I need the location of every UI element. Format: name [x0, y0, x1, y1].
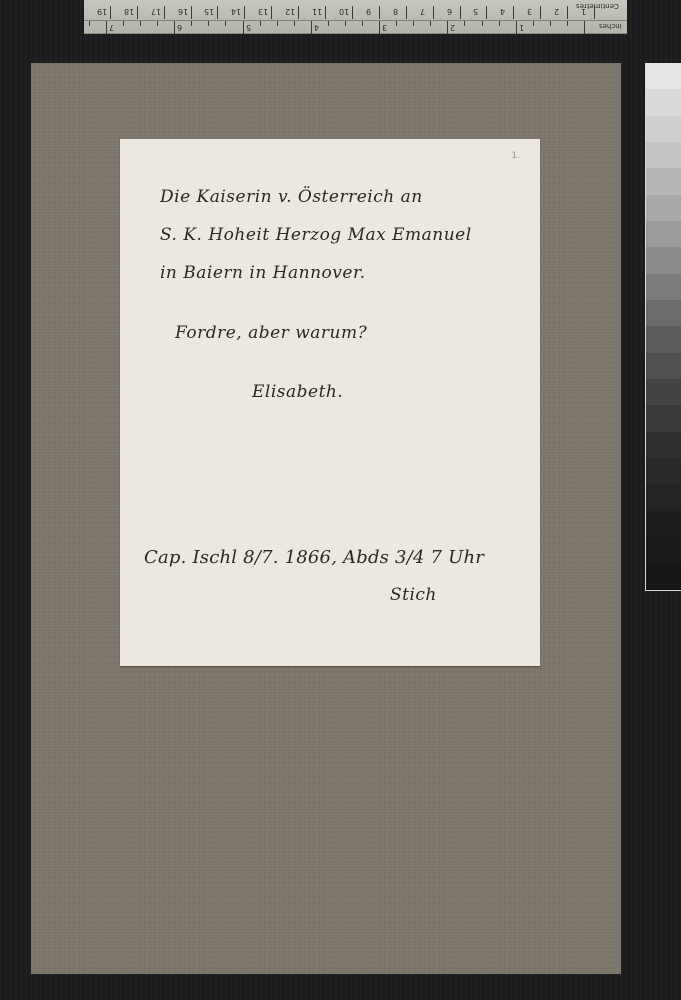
handwritten-letter: 1. Die Kaiserin v. Österreich an S. K. H… — [120, 139, 540, 666]
ruler-cm-label: 3 — [527, 7, 532, 15]
grey-scale-patch — [646, 195, 681, 221]
ruler-tick — [447, 21, 448, 34]
ruler-cm-label: 9 — [366, 7, 371, 15]
ruler-tick — [137, 6, 138, 19]
grey-scale-patch — [646, 458, 681, 484]
ruler-inch-label: 3 — [382, 23, 387, 31]
ruler-inch-label: 6 — [177, 23, 182, 31]
ruler-cm-label: 4 — [500, 7, 505, 15]
ruler-tick — [164, 6, 165, 19]
ruler-tick — [174, 21, 175, 34]
ruler-centimetre-scale: 12345678910111213141516171819 — [84, 0, 627, 19]
ruler-tick — [243, 21, 244, 34]
ruler-tick — [379, 6, 380, 19]
ruler-tick — [110, 6, 111, 19]
grey-scale-patch — [646, 300, 681, 326]
ruler-tick — [430, 21, 431, 26]
ruler-cm-label: 15 — [204, 7, 214, 15]
ruler-inch-label: 5 — [246, 23, 251, 31]
grey-scale-patch — [646, 116, 681, 142]
grey-scale-patch — [646, 485, 681, 511]
ruler-tick — [325, 6, 326, 19]
ruler-tick — [594, 6, 595, 19]
ruler-cm-label: 1 — [581, 7, 586, 15]
ruler-tick — [482, 21, 483, 26]
ruler-inch-label: 7 — [109, 23, 114, 31]
ruler-tick — [567, 21, 568, 26]
ruler-tick — [260, 21, 261, 26]
grey-scale-patch — [646, 274, 681, 300]
grey-scale-patch — [646, 537, 681, 563]
grey-scale-patch — [646, 511, 681, 537]
letter-line-1: Die Kaiserin v. Österreich an — [160, 187, 423, 207]
ruler-tick — [396, 21, 397, 26]
ruler-tick — [123, 21, 124, 26]
measurement-ruler: Centimetres Inches 123456789101112131415… — [84, 0, 627, 34]
grey-scale-patch — [646, 142, 681, 168]
ruler-tick — [244, 6, 245, 19]
ruler-tick — [191, 21, 192, 26]
ruler-tick — [298, 6, 299, 19]
ruler-tick — [499, 21, 500, 26]
ruler-tick — [460, 6, 461, 19]
ruler-tick — [157, 21, 158, 26]
ruler-tick — [277, 21, 278, 26]
ruler-tick — [362, 21, 363, 26]
grey-scale-patch — [646, 405, 681, 431]
ruler-cm-label: 2 — [554, 7, 559, 15]
ruler-tick — [584, 21, 585, 34]
ruler-tick — [225, 21, 226, 26]
ruler-cm-label: 16 — [178, 7, 188, 15]
grey-scale-patch — [646, 432, 681, 458]
ruler-cm-label: 6 — [447, 7, 452, 15]
annotation-signature: Stich — [390, 585, 437, 605]
letter-line-4: Fordre, aber warum? — [175, 323, 367, 343]
ruler-inch-label: 2 — [450, 23, 455, 31]
ruler-tick — [140, 21, 141, 26]
ruler-tick — [464, 21, 465, 26]
ruler-tick — [328, 21, 329, 26]
folio-number: 1. — [511, 151, 520, 161]
ruler-tick — [294, 21, 295, 26]
ruler-tick — [191, 6, 192, 19]
grey-scale-patch — [646, 564, 681, 590]
ruler-cm-label: 13 — [258, 7, 268, 15]
ruler-tick — [516, 21, 517, 34]
letter-line-2: S. K. Hoheit Herzog Max Emanuel — [160, 225, 472, 245]
ruler-cm-label: 10 — [339, 7, 349, 15]
ruler-tick — [406, 6, 407, 19]
ruler-tick — [567, 6, 568, 19]
grey-scale-card — [645, 63, 681, 591]
ruler-cm-label: 7 — [420, 7, 425, 15]
ruler-inch-label: 4 — [314, 23, 319, 31]
ruler-tick — [513, 6, 514, 19]
ruler-tick — [540, 6, 541, 19]
grey-scale-patch — [646, 326, 681, 352]
ruler-tick — [352, 6, 353, 19]
grey-scale-patch — [646, 247, 681, 273]
ruler-tick — [271, 6, 272, 19]
grey-scale-patch — [646, 63, 681, 89]
ruler-tick — [550, 21, 551, 26]
grey-scale-patch — [646, 353, 681, 379]
letter-line-3: in Baiern in Hannover. — [160, 263, 366, 283]
grey-scale-patch — [646, 89, 681, 115]
ruler-tick — [379, 21, 380, 34]
ruler-cm-label: 14 — [231, 7, 241, 15]
ruler-cm-label: 8 — [393, 7, 398, 15]
letter-annotation: Cap. Ischl 8/7. 1866, Abds 3/4 7 Uhr — [144, 547, 484, 568]
grey-scale-patch — [646, 379, 681, 405]
ruler-tick — [106, 21, 107, 34]
grey-scale-patch — [646, 221, 681, 247]
grey-scale-patch — [646, 168, 681, 194]
ruler-cm-label: 18 — [124, 7, 134, 15]
ruler-tick — [433, 6, 434, 19]
ruler-tick — [413, 21, 414, 26]
ruler-tick — [486, 6, 487, 19]
ruler-inch-label: 1 — [519, 23, 524, 31]
ruler-cm-label: 12 — [285, 7, 295, 15]
ruler-tick — [208, 21, 209, 26]
ruler-cm-label: 5 — [473, 7, 478, 15]
ruler-cm-label: 19 — [97, 7, 107, 15]
ruler-tick — [311, 21, 312, 34]
ruler-tick — [217, 6, 218, 19]
ruler-cm-label: 17 — [151, 7, 161, 15]
ruler-cm-label: 11 — [312, 7, 322, 15]
ruler-tick — [89, 21, 90, 26]
ruler-tick — [533, 21, 534, 26]
ruler-tick — [345, 21, 346, 26]
letter-signature: Elisabeth. — [252, 382, 343, 402]
ruler-inch-scale: 1234567 — [84, 20, 627, 34]
